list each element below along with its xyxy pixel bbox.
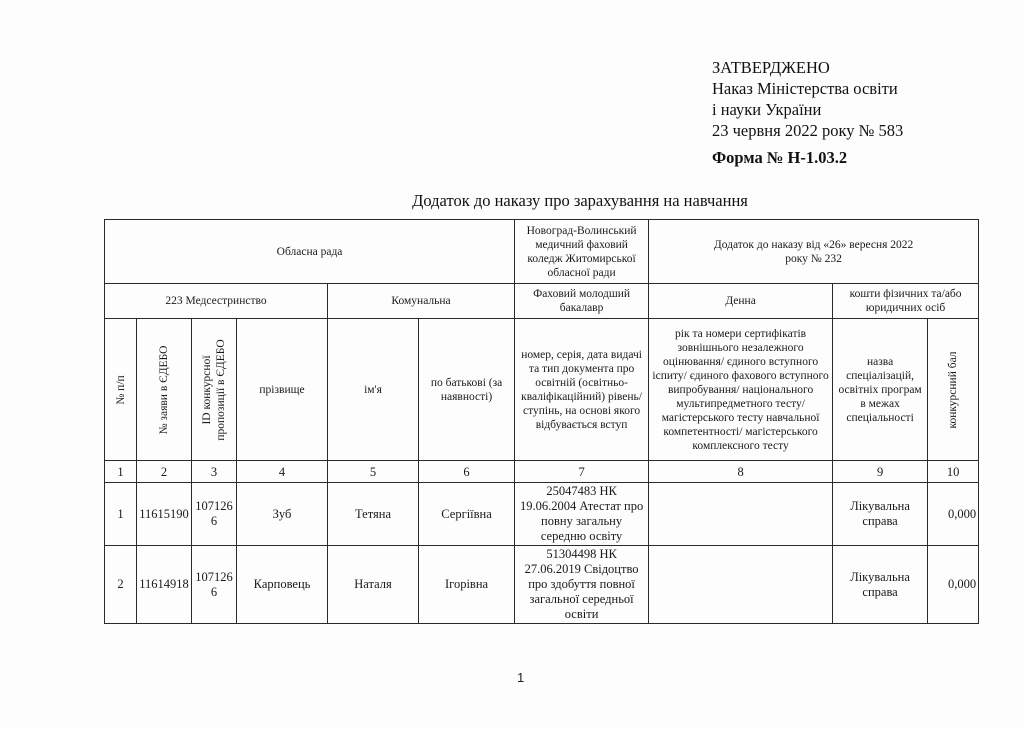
column-header-row: № п/п № заяви в ЄДЕБО ID конкурсної проп… [105, 319, 979, 461]
cell-certificates [649, 546, 833, 624]
approval-line: Наказ Міністерства освіти [712, 78, 903, 99]
col-header-certificates: рік та номери сертифікатів зовнішнього н… [649, 319, 833, 461]
col-header-specialization: назва спеціалізацій, освітніх програм в … [833, 319, 928, 461]
cell-patronymic: Ігорівна [419, 546, 515, 624]
cell-specialization: Лікувальна справа [833, 546, 928, 624]
col-header-index: № п/п [105, 319, 137, 461]
col-header-score: конкурсний бал [928, 319, 979, 461]
col-number: 9 [833, 461, 928, 483]
col-number: 7 [515, 461, 649, 483]
owner-cell: Обласна рада [105, 220, 515, 284]
table-row: 1 11615190 1071266 Зуб Тетяна Сергіївна … [105, 483, 979, 546]
col-header-document: номер, серія, дата видачі та тип докумен… [515, 319, 649, 461]
col-number: 3 [192, 461, 237, 483]
cell-score: 0,000 [928, 483, 979, 546]
column-number-row: 1 2 3 4 5 6 7 8 9 10 [105, 461, 979, 483]
col-header-patronymic: по батькові (за наявності) [419, 319, 515, 461]
degree-cell: Фаховий молодший бакалавр [515, 284, 649, 319]
approval-line: ЗАТВЕРДЖЕНО [712, 57, 903, 78]
ownership-cell: Комунальна [328, 284, 515, 319]
approval-stamp: ЗАТВЕРДЖЕНО Наказ Міністерства освіти і … [712, 57, 903, 141]
col-number: 2 [137, 461, 192, 483]
col-header-name: ім'я [328, 319, 419, 461]
cell-surname: Зуб [237, 483, 328, 546]
funding-cell: кошти фізичних та/або юридичних осіб [833, 284, 979, 319]
enrollment-table: Обласна рада Новоград-Волинський медични… [104, 219, 979, 624]
order-cell: Додаток до наказу від «26» вересня 2022 … [649, 220, 979, 284]
document-title: Додаток до наказу про зарахування на нав… [0, 191, 1024, 211]
cell-name: Тетяна [328, 483, 419, 546]
approval-line: 23 червня 2022 року № 583 [712, 120, 903, 141]
col-number: 4 [237, 461, 328, 483]
header-row-program: 223 Медсестринство Комунальна Фаховий мо… [105, 284, 979, 319]
cell-document: 51304498 НК 27.06.2019 Свідоцтво про здо… [515, 546, 649, 624]
col-header-offer-id: ID конкурсної пропозиції в ЄДЕБО [192, 319, 237, 461]
form-number: Форма № Н-1.03.2 [712, 148, 847, 168]
specialty-cell: 223 Медсестринство [105, 284, 328, 319]
cell-application-no: 11615190 [137, 483, 192, 546]
cell-offer-id: 1071266 [192, 483, 237, 546]
col-number: 1 [105, 461, 137, 483]
cell-document: 25047483 НК 19.06.2004 Атестат про повну… [515, 483, 649, 546]
col-number: 5 [328, 461, 419, 483]
cell-specialization: Лікувальна справа [833, 483, 928, 546]
approval-line: і науки України [712, 99, 903, 120]
header-row-institution: Обласна рада Новоград-Волинський медични… [105, 220, 979, 284]
page-number: 1 [517, 670, 524, 685]
cell-application-no: 11614918 [137, 546, 192, 624]
cell-name: Наталя [328, 546, 419, 624]
col-header-surname: прізвище [237, 319, 328, 461]
col-number: 8 [649, 461, 833, 483]
table-row: 2 11614918 1071266 Карповець Наталя Ігор… [105, 546, 979, 624]
cell-patronymic: Сергіївна [419, 483, 515, 546]
cell-surname: Карповець [237, 546, 328, 624]
cell-certificates [649, 483, 833, 546]
institution-cell: Новоград-Волинський медичний фаховий кол… [515, 220, 649, 284]
col-number: 6 [419, 461, 515, 483]
col-number: 10 [928, 461, 979, 483]
study-form-cell: Денна [649, 284, 833, 319]
cell-index: 1 [105, 483, 137, 546]
cell-offer-id: 1071266 [192, 546, 237, 624]
cell-index: 2 [105, 546, 137, 624]
col-header-application-no: № заяви в ЄДЕБО [137, 319, 192, 461]
cell-score: 0,000 [928, 546, 979, 624]
order-text: Додаток до наказу від «26» вересня 2022 … [714, 239, 913, 265]
